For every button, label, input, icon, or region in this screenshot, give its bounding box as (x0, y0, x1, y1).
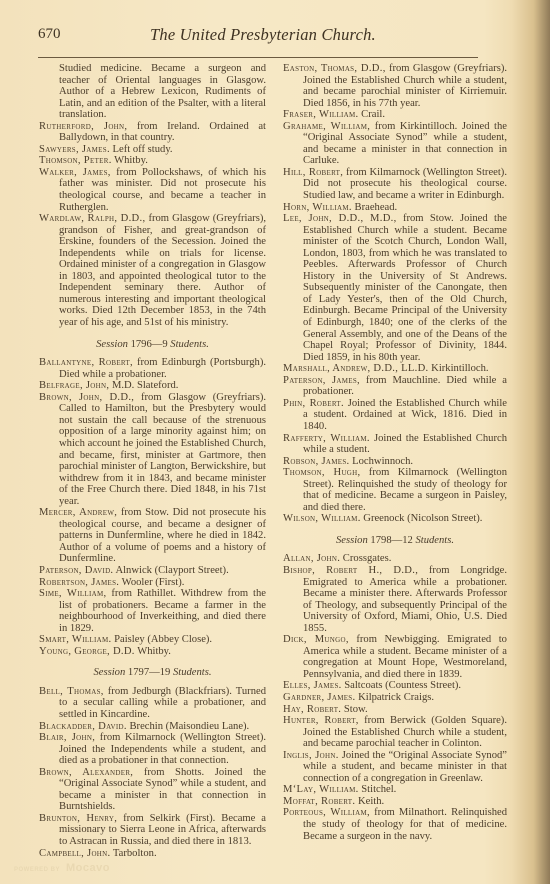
student-description: Whitby. (135, 646, 171, 657)
student-entry: Hill, Robert, from Kilmarnock (Wellingto… (283, 167, 507, 202)
student-name: M‘Lay, William. (283, 784, 359, 795)
student-name: Rutherford, John, (39, 121, 127, 132)
student-name: Inglis, John. (283, 750, 339, 761)
student-name: Blair, John, (39, 732, 95, 743)
student-entry: Smart, William. Paisley (Abbey Close). (39, 634, 266, 646)
student-entry: Marshall, Andrew, D.D., LL.D. Kirkintill… (283, 363, 507, 375)
student-entry: Grahame, William, from Kirkintilloch. Jo… (283, 121, 507, 167)
student-entry: Easton, Thomas, D.D., from Glasgow (Grey… (283, 63, 507, 109)
student-name: Hill, Robert, (283, 167, 343, 178)
student-description: from Stow. Joined the Established Church… (303, 213, 507, 363)
student-entry: Paterson, David. Alnwick (Clayport Stree… (39, 565, 266, 577)
student-description: Left off study. (110, 144, 173, 155)
book-page: 670 The United Presbyterian Church. Stud… (0, 0, 550, 884)
page-number: 670 (38, 26, 61, 43)
student-entry: Belfrage, John, M.D. Slateford. (39, 380, 266, 392)
student-description: Brechin (Maisondieu Lane). (127, 721, 249, 732)
student-description: Kilpatrick Craigs. (355, 692, 434, 703)
student-entry: Blair, John, from Kilmarnock (Wellington… (39, 732, 266, 767)
student-name: Easton, Thomas, D.D., (283, 63, 386, 74)
student-name: Lee, John, D.D., M.D., (283, 213, 397, 224)
student-description: Alnwick (Clayport Street). (113, 565, 228, 576)
student-entry: Porteous, William, from Milnathort. Reli… (283, 807, 507, 842)
student-name: Phin, Robert. (283, 398, 344, 409)
student-entry: Mercer, Andrew, from Stow. Did not prose… (39, 507, 266, 565)
student-name: Blackadder, David. (39, 721, 127, 732)
session-heading-1796: Session 1796—9 Students. (39, 339, 266, 351)
student-description: Braehead. (352, 202, 397, 213)
student-entry: Hay, Robert. Stow. (283, 704, 507, 716)
student-description: Stow. (341, 704, 367, 715)
header-rule (38, 57, 478, 58)
student-entry: Bishop, Robert H., D.D., from Longridge.… (283, 565, 507, 634)
running-title: The United Presbyterian Church. (150, 25, 376, 45)
student-entry: Brown, Alexander, from Shotts. Joined th… (39, 767, 266, 813)
student-entry: Brown, John, D.D., from Glasgow (Greyfri… (39, 392, 266, 507)
student-entry: Fraser, William. Crail. (283, 109, 507, 121)
student-name: Rafferty, William. (283, 433, 370, 444)
student-name: Grahame, William, (283, 121, 370, 132)
student-entry: Sawyers, James. Left off study. (39, 144, 266, 156)
student-description: Crossgates. (340, 553, 391, 564)
student-description: Saltcoats (Countess Street). (342, 680, 461, 691)
student-name: Porteous, William, (283, 807, 370, 818)
student-entry: Robertson, James. Wooler (First). (39, 577, 266, 589)
student-entry: Young, George, D.D. Whitby. (39, 646, 266, 658)
student-entry: Wardlaw, Ralph, D.D., from Glasgow (Grey… (39, 213, 266, 328)
student-entry: Inglis, John. Joined the “Original Assoc… (283, 750, 507, 785)
student-entry: Brunton, Henry, from Selkirk (First). Be… (39, 813, 266, 848)
student-name: Fraser, William. (283, 109, 359, 120)
student-description: from Glasgow (Greyfriars), grandson of F… (59, 213, 266, 328)
student-name: Young, George, D.D. (39, 646, 135, 657)
student-name: Thomson, Hugh, (283, 467, 360, 478)
student-description: from Glasgow (Greyfriars). Called to Ham… (59, 392, 266, 507)
student-description: Kirkintilloch. (429, 363, 489, 374)
student-name: Wilson, William. (283, 513, 361, 524)
student-name: Campbell, John. (39, 848, 110, 859)
student-name: Belfrage, John, (39, 380, 109, 391)
student-name: Robson, James. (283, 456, 350, 467)
student-description: Stitchel. (359, 784, 397, 795)
left-column: Studied medicine. Became a surgeon and t… (39, 63, 266, 859)
student-name: Sawyers, James. (39, 144, 110, 155)
student-description: Tarbolton. (110, 848, 156, 859)
student-entry: Robson, James. Lochwinnoch. (283, 456, 507, 468)
student-entry: Rutherford, John, from Ireland. Ordained… (39, 121, 266, 144)
student-name: Smart, William. (39, 634, 111, 645)
student-name: Wardlaw, Ralph, D.D., (39, 213, 145, 224)
student-entry: Bell, Thomas, from Jedburgh (Blackfriars… (39, 686, 266, 721)
student-name: Elles, James. (283, 680, 342, 691)
student-name: Paterson, James, (283, 375, 360, 386)
student-entry: Campbell, John. Tarbolton. (39, 848, 266, 860)
student-name: Walker, James, (39, 167, 111, 178)
student-entry: Lee, John, D.D., M.D., from Stow. Joined… (283, 213, 507, 363)
session-heading-1798: Session 1798—12 Students. (283, 535, 507, 547)
student-entry: Ballantyne, Robert, from Edinburgh (Port… (39, 357, 266, 380)
student-entry: Blackadder, David. Brechin (Maisondieu L… (39, 721, 266, 733)
student-name: Gardner, James. (283, 692, 355, 703)
student-name: Sime, William, (39, 588, 106, 599)
student-name: Brunton, Henry, (39, 813, 117, 824)
student-entry: Walker, James, from Pollockshaws, of whi… (39, 167, 266, 213)
student-name: Paterson, David. (39, 565, 113, 576)
student-name: Brown, John, D.D., (39, 392, 134, 403)
student-name: Bell, Thomas, (39, 686, 104, 697)
student-name: Thomson, Peter. (39, 155, 112, 166)
student-entry: Thomson, Peter. Whitby. (39, 155, 266, 167)
student-name: Moffat, Robert. (283, 796, 355, 807)
student-name: Robertson, James. (39, 577, 119, 588)
student-name: Ballantyne, Robert, (39, 357, 133, 368)
student-name: Mercer, Andrew, (39, 507, 117, 518)
student-name: Allan, John. (283, 553, 340, 564)
student-description: Keith. (355, 796, 384, 807)
student-entry: Wilson, William. Greenock (Nicolson Stre… (283, 513, 507, 525)
student-description: Greenock (Nicolson Street). (361, 513, 483, 524)
student-entry: M‘Lay, William. Stitchel. (283, 784, 507, 796)
student-entry: Thomson, Hugh, from Kilmarnock (Wellingt… (283, 467, 507, 513)
student-name: Hay, Robert. (283, 704, 341, 715)
right-column: Easton, Thomas, D.D., from Glasgow (Grey… (283, 63, 507, 842)
student-description: Lochwinnoch. (350, 456, 414, 467)
student-entry: Allan, John. Crossgates. (283, 553, 507, 565)
student-description: Crail. (359, 109, 385, 120)
student-name: Horn, William. (283, 202, 352, 213)
student-entry: Sime, William, from Rathillet. Withdrew … (39, 588, 266, 634)
mocavo-watermark: POWERED BYMocavo (14, 862, 110, 874)
student-entry: Paterson, James, from Mauchline. Died wh… (283, 375, 507, 398)
student-name: Hunter, Robert, (283, 715, 359, 726)
student-name: Bishop, Robert H., D.D., (283, 565, 418, 576)
student-name: Dick, Mungo, (283, 634, 349, 645)
student-description: Wooler (First). (119, 577, 184, 588)
student-entry: Elles, James. Saltcoats (Countess Street… (283, 680, 507, 692)
student-entry: Rafferty, William. Joined the Establishe… (283, 433, 507, 456)
student-entry: Moffat, Robert. Keith. (283, 796, 507, 808)
student-description: Whitby. (112, 155, 148, 166)
student-name: Marshall, Andrew, D.D., LL.D. (283, 363, 429, 374)
session-heading-1797: Session 1797—19 Students. (39, 667, 266, 679)
page-header: 670 The United Presbyterian Church. (38, 26, 478, 46)
student-entry: Phin, Robert. Joined the Established Chu… (283, 398, 507, 433)
student-name: Brown, Alexander, (39, 767, 133, 778)
continuation-text: Studied medicine. Became a surgeon and t… (39, 63, 266, 121)
student-description: M.D. Slateford. (109, 380, 178, 391)
student-entry: Hunter, Robert, from Berwick (Golden Squ… (283, 715, 507, 750)
student-entry: Gardner, James. Kilpatrick Craigs. (283, 692, 507, 704)
student-description: Paisley (Abbey Close). (111, 634, 212, 645)
student-entry: Dick, Mungo, from Newbigging. Emigrated … (283, 634, 507, 680)
student-entry: Horn, William. Braehead. (283, 202, 507, 214)
